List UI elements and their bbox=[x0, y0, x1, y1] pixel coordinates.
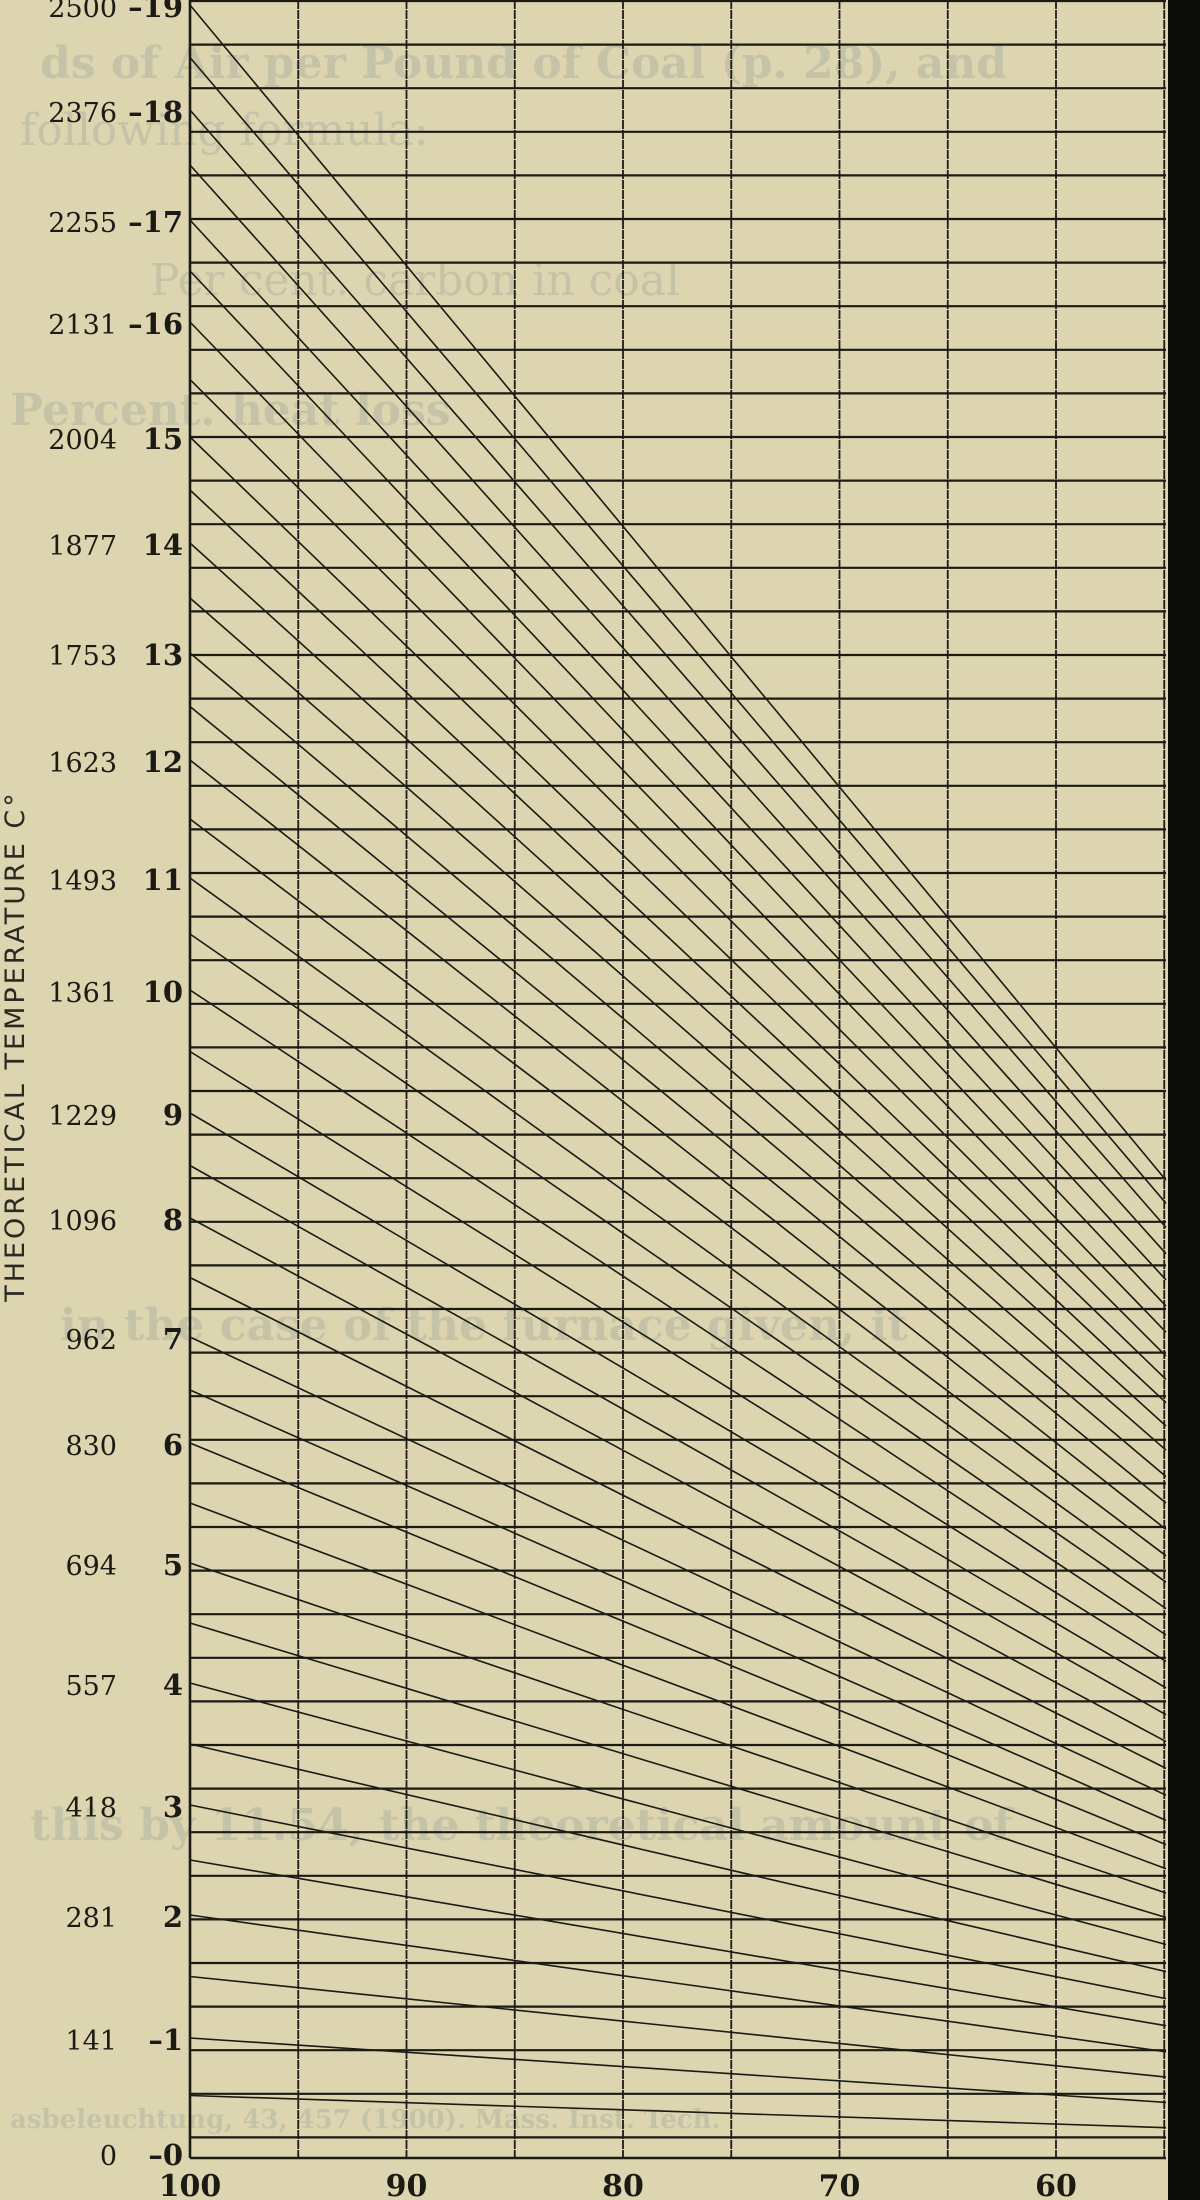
x-axis-tick-labels: 10090807060 bbox=[159, 2169, 1077, 2200]
series-line bbox=[190, 1218, 1166, 1742]
svg-text:100: 100 bbox=[159, 2169, 222, 2200]
series-line bbox=[190, 271, 1166, 1306]
svg-text:60: 60 bbox=[1035, 2169, 1077, 2200]
svg-text:830: 830 bbox=[65, 1431, 117, 1462]
svg-text:557: 557 bbox=[65, 1671, 117, 1702]
svg-text:1096: 1096 bbox=[48, 1206, 117, 1237]
series-line bbox=[190, 2096, 1166, 2128]
svg-text:418: 418 bbox=[65, 1793, 117, 1824]
series-line bbox=[190, 58, 1166, 1204]
series-line bbox=[190, 990, 1166, 1635]
svg-text:2255: 2255 bbox=[48, 208, 117, 239]
svg-text:4: 4 bbox=[163, 1668, 183, 1702]
svg-text:80: 80 bbox=[602, 2169, 644, 2200]
series-line bbox=[190, 1805, 1166, 1999]
svg-text:3: 3 bbox=[163, 1790, 183, 1824]
svg-text:–16: –16 bbox=[128, 307, 183, 341]
svg-text:6: 6 bbox=[163, 1428, 183, 1462]
series-line bbox=[190, 220, 1166, 1280]
svg-text:1623: 1623 bbox=[48, 748, 117, 779]
svg-text:1493: 1493 bbox=[48, 866, 117, 897]
series-line bbox=[190, 1977, 1166, 2078]
series-line bbox=[190, 598, 1166, 1450]
svg-text:2131: 2131 bbox=[48, 310, 117, 341]
svg-text:2376: 2376 bbox=[48, 98, 117, 129]
svg-text:2: 2 bbox=[163, 1900, 183, 1934]
series-line bbox=[190, 1563, 1166, 1893]
svg-text:2500: 2500 bbox=[48, 0, 117, 24]
series-line bbox=[190, 380, 1166, 1357]
series-line bbox=[190, 819, 1166, 1556]
series-line bbox=[190, 1623, 1166, 1918]
svg-text:8: 8 bbox=[163, 1203, 183, 1237]
series-line bbox=[190, 1860, 1166, 2026]
svg-text:7: 7 bbox=[163, 1322, 183, 1356]
y-axis-tick-labels: 2500–192376–182255–172131–16200415187714… bbox=[48, 0, 183, 2172]
svg-text:962: 962 bbox=[65, 1325, 117, 1356]
series-line bbox=[190, 1390, 1166, 1820]
svg-text:2004: 2004 bbox=[48, 425, 117, 456]
svg-text:694: 694 bbox=[65, 1551, 117, 1582]
svg-text:9: 9 bbox=[163, 1098, 183, 1132]
svg-text:14: 14 bbox=[143, 528, 183, 562]
svg-text:–18: –18 bbox=[128, 95, 183, 129]
svg-text:70: 70 bbox=[819, 2169, 861, 2200]
series-line bbox=[190, 1744, 1166, 1972]
series-line bbox=[190, 934, 1166, 1609]
series-line bbox=[190, 1337, 1166, 1795]
series-line bbox=[190, 1443, 1166, 1845]
svg-text:141: 141 bbox=[65, 2026, 117, 2057]
svg-text:1753: 1753 bbox=[48, 641, 117, 672]
svg-text:13: 13 bbox=[143, 638, 183, 672]
svg-text:1877: 1877 bbox=[48, 531, 117, 562]
chart-plot: 2500–192376–182255–172131–16200415187714… bbox=[0, 0, 1200, 2200]
svg-text:–17: –17 bbox=[128, 205, 183, 239]
svg-text:12: 12 bbox=[143, 745, 183, 779]
series-line bbox=[190, 1113, 1166, 1688]
svg-text:281: 281 bbox=[65, 1903, 117, 1934]
svg-text:1229: 1229 bbox=[48, 1101, 117, 1132]
data-lines bbox=[190, 5, 1166, 2128]
svg-text:1361: 1361 bbox=[48, 978, 117, 1009]
svg-text:–1: –1 bbox=[148, 2023, 183, 2057]
series-line bbox=[190, 322, 1166, 1332]
series-line bbox=[190, 110, 1166, 1228]
series-line bbox=[190, 1278, 1166, 1769]
svg-text:15: 15 bbox=[143, 422, 183, 456]
y-axis-title: THEORETICAL TEMPERATURE C° bbox=[0, 746, 36, 1346]
svg-text:11: 11 bbox=[143, 863, 183, 897]
series-line bbox=[190, 1915, 1166, 2052]
svg-text:90: 90 bbox=[386, 2169, 428, 2200]
svg-text:0: 0 bbox=[100, 2141, 117, 2172]
svg-text:–0: –0 bbox=[148, 2138, 183, 2172]
series-line bbox=[190, 437, 1166, 1379]
page-edge-shadow bbox=[1168, 0, 1200, 2200]
svg-text:–19: –19 bbox=[128, 0, 183, 24]
series-line bbox=[190, 760, 1166, 1529]
svg-text:5: 5 bbox=[163, 1548, 183, 1582]
svg-text:10: 10 bbox=[143, 975, 183, 1009]
